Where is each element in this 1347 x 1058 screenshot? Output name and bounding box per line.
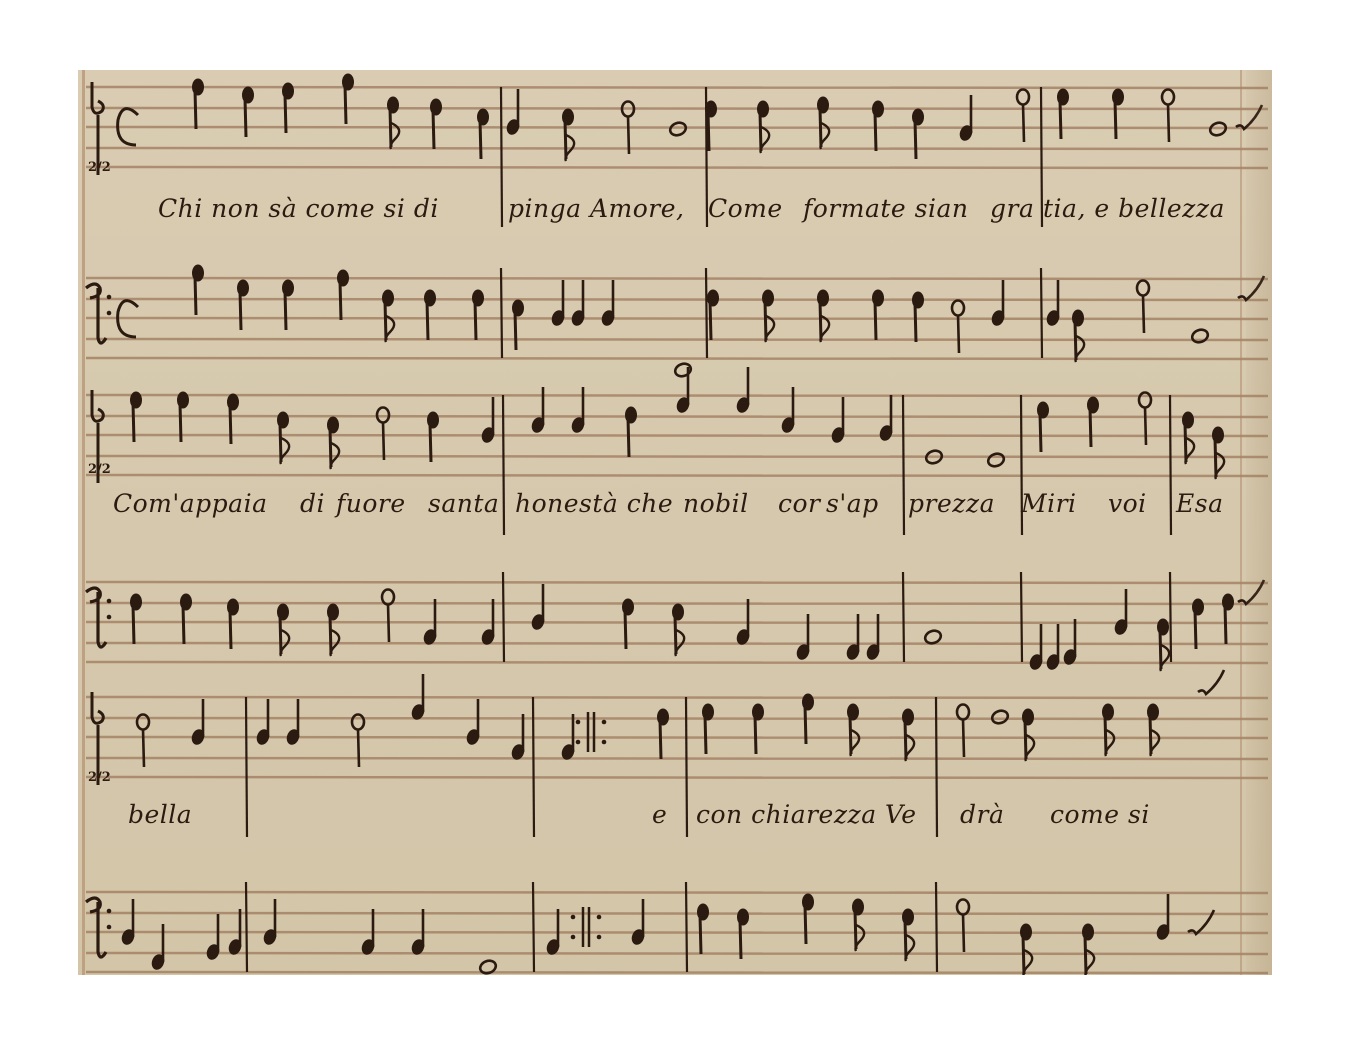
note-stem [330,615,331,654]
note-stem [765,301,766,340]
meter-mark-s2: 2/2 [88,462,111,477]
staff-line [86,475,1268,476]
lyric-s3-2: e [652,800,667,829]
repeat-dot [597,935,602,940]
staff-line [86,127,1268,128]
clef-dot [107,311,112,316]
lyric-s3-3: con chiarezza Ve [696,800,917,829]
lyric-s1-3: Come [708,194,783,223]
lyric-s1-5: gra [990,194,1034,223]
note-stem [1143,295,1144,333]
barline [1170,395,1171,535]
note-stem [760,112,761,151]
lyric-s2-6: nobil [683,489,749,518]
barline [686,882,687,972]
meter-mark-s1: 2/2 [88,160,111,175]
note-stem [740,920,741,959]
note-stem [143,729,144,767]
lyric-s2-12: Esa [1176,489,1223,518]
note-stem [805,905,806,944]
note-stem [628,116,629,154]
f-clef-icon [86,898,106,957]
half-note-head [137,715,149,730]
clef-dot [107,599,112,604]
note-stem [385,301,386,340]
staff-line [86,108,1268,109]
f-clef-icon [86,588,106,647]
barline [501,268,502,358]
note-stem [820,108,821,147]
note-stem [875,112,876,151]
note-stem [963,719,964,757]
note-stem [195,276,196,315]
lyric-s2-11: voi [1108,489,1147,518]
lyric-s2-7: cor [778,489,821,518]
note-stem [430,423,431,462]
note-stem [230,405,231,444]
note-stem [855,910,856,949]
lyric-s2-5: honestà che [515,489,673,518]
note-stem [905,720,906,759]
lyric-s1-1: Chi non sà come si di [158,194,439,223]
barline [503,395,504,535]
note-stem [133,403,134,442]
staff-line [86,892,1268,893]
repeat-dot [602,720,607,725]
note-stem [850,715,851,754]
repeat-dot [571,935,576,940]
staff-line [86,972,1268,973]
note-stem [700,915,701,954]
whole-note [990,709,1009,726]
note-stem [183,605,184,644]
note-stem [708,112,709,151]
half-note-head [352,715,364,730]
note-stem [1150,715,1151,754]
lyric-s2-4: santa [428,489,499,518]
clef-dot [107,925,112,930]
half-note-head [957,900,969,915]
barline [1021,572,1022,662]
note-stem [1215,438,1216,477]
barline [936,882,937,972]
note-stem [820,301,821,340]
half-note-head [1017,90,1029,105]
half-note-head [1137,281,1149,296]
note-stem [1023,104,1024,142]
staff-line [86,87,1268,88]
barline [246,882,247,972]
staff-line [86,456,1268,457]
note-stem [963,914,964,952]
note-stem [915,303,916,342]
note-stem [1195,610,1196,649]
note-stem [358,729,359,767]
custos-icon [1198,670,1224,694]
note-stem [1060,100,1061,139]
note-stem [1040,413,1041,452]
note-stem [285,94,286,133]
staff-line [86,582,1268,583]
clef-dot [107,295,112,300]
note-stem [345,85,346,124]
barline [501,87,502,227]
note-stem [388,604,389,642]
note-stem [230,610,231,649]
meter-mark-s3: 2/2 [88,770,111,785]
lyric-s2-1: Com'appaia [113,489,267,518]
note-stem [628,418,629,457]
note-stem [1185,423,1186,462]
repeat-dot [597,915,602,920]
staff-line [86,777,1268,778]
note-stem [755,715,756,754]
note-stem [480,120,481,159]
staff-line [86,622,1268,623]
note-stem [705,715,706,754]
staff-line [86,318,1268,319]
lyric-s1-4: formate sian [803,194,969,223]
note-stem [805,705,806,744]
manuscript-page: Chi non sà come si di pinga Amore, Come … [78,70,1272,975]
note-stem [195,90,196,129]
lyric-s3-1: bella [128,800,192,829]
staff-line [86,697,1268,698]
staff-line [86,148,1268,149]
barline [706,268,707,358]
note-stem [180,403,181,442]
note-stem [710,301,711,340]
note-stem [1085,935,1086,974]
barline [903,395,904,535]
staff-line [86,913,1268,914]
whole-note [673,362,692,379]
note-stem [427,301,428,340]
note-stem [1090,408,1091,447]
note-stem [1168,104,1169,142]
half-note-head [952,301,964,316]
barline [533,697,534,837]
note-stem [280,615,281,654]
note-stem [660,720,661,759]
lyric-s2-2: di [300,489,325,518]
note-stem [565,120,566,159]
note-stem [330,428,331,467]
lyric-s2-3: fuore [336,489,406,518]
staff-line [86,299,1268,300]
barline [1170,572,1171,662]
repeat-dot [602,740,607,745]
note-stem [1075,321,1076,360]
note-stem [625,610,626,649]
half-note-head [957,705,969,720]
staff-line [86,662,1268,663]
note-stem [285,291,286,330]
barline [686,697,687,837]
barline [1041,268,1042,358]
repeat-dot [576,720,581,725]
note-stem [383,422,384,460]
lyric-s3-4: drà [960,800,1004,829]
note-stem [280,423,281,462]
lyric-s1-2: pinga Amore, [508,194,684,223]
staff-line [86,718,1268,719]
clef-dot [107,615,112,620]
note-stem [340,281,341,320]
note-stem [475,301,476,340]
staff-line [86,167,1268,168]
note-stem [133,605,134,644]
note-stem [958,315,959,353]
barline [503,572,504,662]
note-stem [245,98,246,137]
note-stem [1145,407,1146,445]
staff-line [86,358,1268,359]
note-stem [1105,715,1106,754]
f-clef-icon [86,284,106,343]
barline [903,572,904,662]
staff-line [86,395,1268,396]
lyric-s2-9: prezza [908,489,995,518]
staff-line [86,278,1268,279]
lyric-s1-6: tia, e bellezza [1043,194,1225,223]
note-stem [390,108,391,147]
note-stem [433,110,434,149]
lyric-s2-10: Miri [1021,489,1077,518]
staff-line [86,339,1268,340]
note-stem [515,311,516,350]
note-stem [1115,100,1116,139]
barline [533,882,534,972]
note-stem [905,920,906,959]
whole-note [986,452,1005,469]
clef-dot [107,909,112,914]
lyric-s2-8: s'ap [826,489,879,518]
half-note-head [1162,90,1174,105]
barline [246,697,247,837]
note-stem [675,615,676,654]
lyric-s3-5: come si [1050,800,1150,829]
note-stem [1160,630,1161,669]
note-stem [240,291,241,330]
note-stem [1025,720,1026,759]
note-stem [915,120,916,159]
barline [936,697,937,837]
repeat-dot [576,740,581,745]
note-stem [875,301,876,340]
note-stem [1023,935,1024,974]
whole-note [1190,328,1209,345]
whole-note [668,121,687,138]
note-stem [1225,605,1226,644]
staff-line [86,758,1268,759]
repeat-dot [571,915,576,920]
barline [1041,87,1042,227]
